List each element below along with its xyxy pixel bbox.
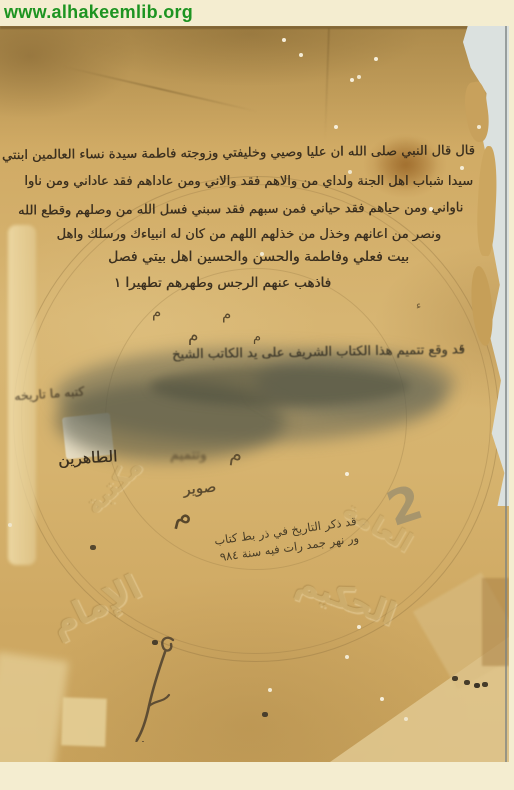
scan-right-edge	[505, 26, 507, 762]
scan-top-edge	[0, 26, 509, 29]
pen-mark: م	[172, 498, 196, 532]
age-darkening	[0, 26, 509, 148]
hadith-line-3: ناواني ومن حياهم فقد حياني فمن سبهم فقد …	[18, 200, 463, 218]
manuscript-scan: الإمام الحكيم مكتبة العامة 2 قال قال الن…	[0, 26, 509, 762]
ownership-note-faded-word: وتتميم	[170, 447, 207, 463]
hadith-line-2: سيدا شباب اهل الجنة ولداي من والاهم فقد …	[24, 174, 473, 189]
pen-mark: ء	[459, 341, 464, 354]
hadith-line-5: بيت فعلي وفاطمة والحسن والحسين اهل بيتي …	[108, 249, 409, 265]
paper-specks	[282, 38, 286, 42]
ownership-note-word-tahirin: الطاهرين	[58, 447, 118, 468]
top-banner: www.alhakeemlib.org	[0, 0, 514, 26]
hadith-line-4: ونصر من اعانهم وخذل من خذلهم اللهم من كا…	[57, 227, 441, 242]
pen-mark: م	[228, 441, 244, 466]
torn-parchment-piece	[469, 265, 496, 346]
embossed-stamp-word: الحكيم	[292, 563, 402, 634]
ownership-note-word-suwayr: صوير	[182, 478, 216, 499]
hadith-line-6: فاذهب عنهم الرجس وطهرهم تطهيرا ۱	[114, 275, 331, 291]
pen-mark: م	[188, 326, 199, 346]
ink-smudge	[150, 366, 410, 406]
ink-specks	[452, 676, 458, 681]
pen-mark: م	[253, 330, 261, 345]
site-url-watermark: www.alhakeemlib.org	[4, 2, 193, 23]
pen-mark: م	[152, 303, 161, 321]
pen-mark: م	[222, 305, 231, 323]
light-repair-patch	[61, 697, 107, 747]
pen-mark: ء	[416, 299, 421, 312]
signature-scribble	[118, 632, 198, 742]
light-patch-bottom-left	[0, 652, 69, 762]
